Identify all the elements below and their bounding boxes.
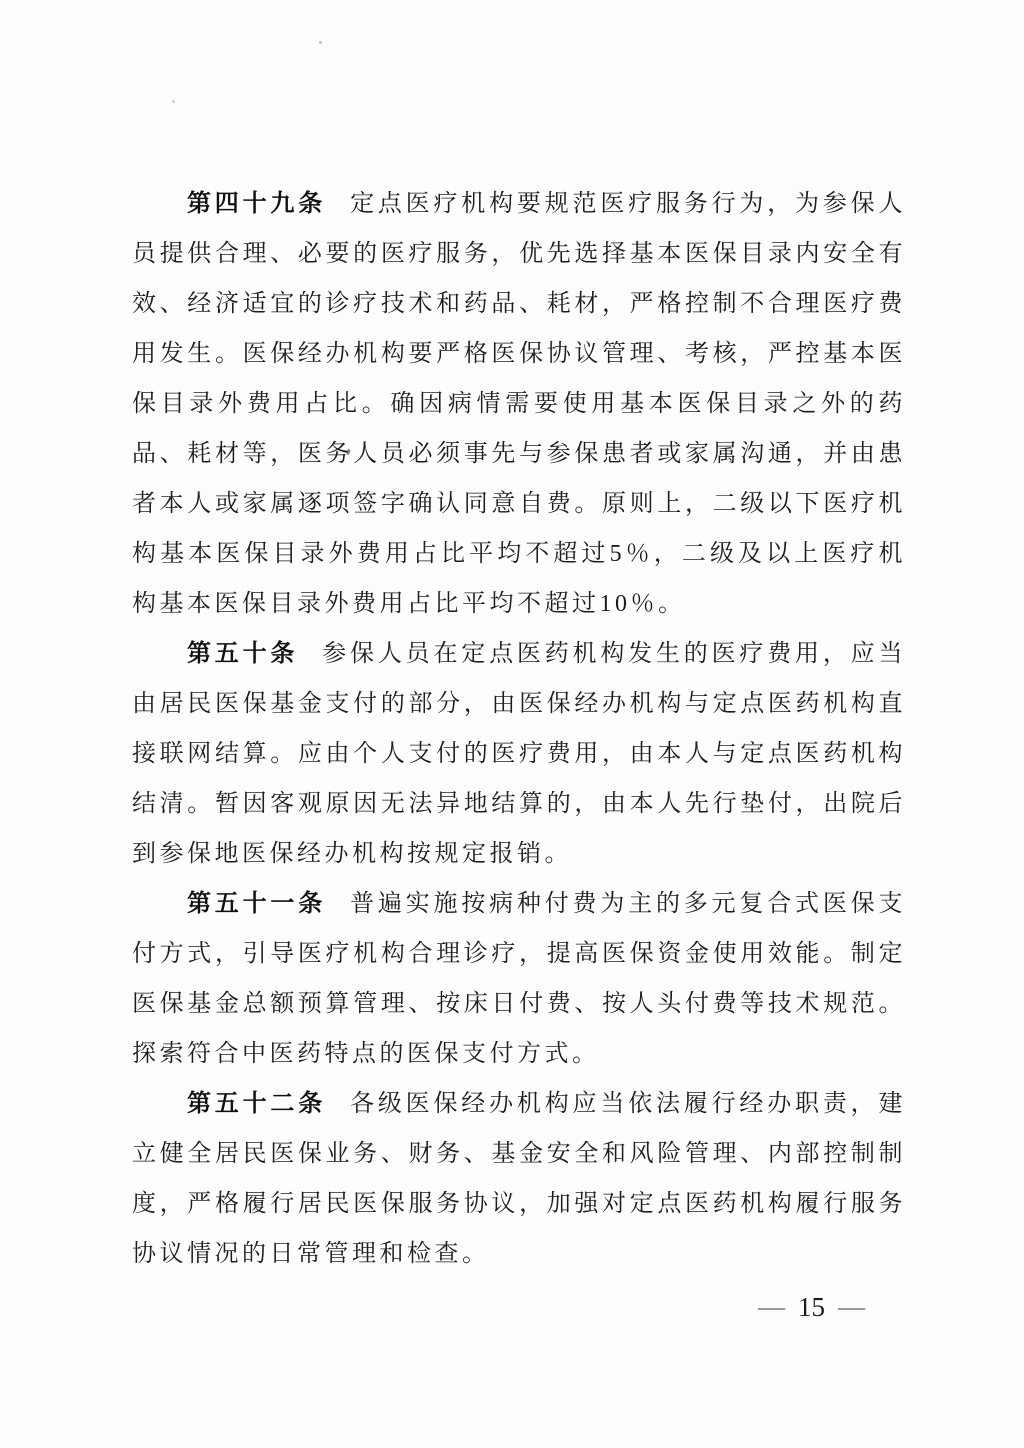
page-number-dash-right: — [838,1294,865,1320]
scan-speck [172,100,175,103]
article-50-text: 参保人员在定点医药机构发生的医疗费用，应当由居民医保基金支付的部分，由医保经办机… [132,641,906,867]
article-51-paragraph: 第五十一条普遍实施按病种付费为主的多元复合式医保支付方式，引导医疗机构合理诊疗，… [132,879,906,1079]
page-number-dash-left: — [758,1294,785,1320]
scan-speck [319,41,322,44]
article-52-number: 第五十二条 [187,1090,326,1117]
article-50-paragraph: 第五十条参保人员在定点医药机构发生的医疗费用，应当由居民医保基金支付的部分，由医… [132,629,906,879]
page-number: — 15 — [758,1291,865,1323]
article-52-paragraph: 第五十二条各级医保经办机构应当依法履行经办职责，建立健全居民医保业务、财务、基金… [132,1079,906,1279]
article-49-number: 第四十九条 [187,190,326,217]
page-number-value: 15 [798,1291,825,1323]
article-51-number: 第五十一条 [187,890,326,917]
document-page: 第四十九条定点医疗机构要规范医疗服务行为，为参保人员提供合理、必要的医疗服务，优… [0,0,1024,1448]
article-50-number: 第五十条 [187,640,298,667]
article-52-text: 各级医保经办机构应当依法履行经办职责，建立健全居民医保业务、财务、基金安全和风险… [132,1091,906,1267]
document-body: 第四十九条定点医疗机构要规范医疗服务行为，为参保人员提供合理、必要的医疗服务，优… [132,179,906,1279]
article-49-paragraph: 第四十九条定点医疗机构要规范医疗服务行为，为参保人员提供合理、必要的医疗服务，优… [132,179,906,629]
article-51-text: 普遍实施按病种付费为主的多元复合式医保支付方式，引导医疗机构合理诊疗，提高医保资… [132,891,906,1067]
article-49-text: 定点医疗机构要规范医疗服务行为，为参保人员提供合理、必要的医疗服务，优先选择基本… [132,191,906,617]
